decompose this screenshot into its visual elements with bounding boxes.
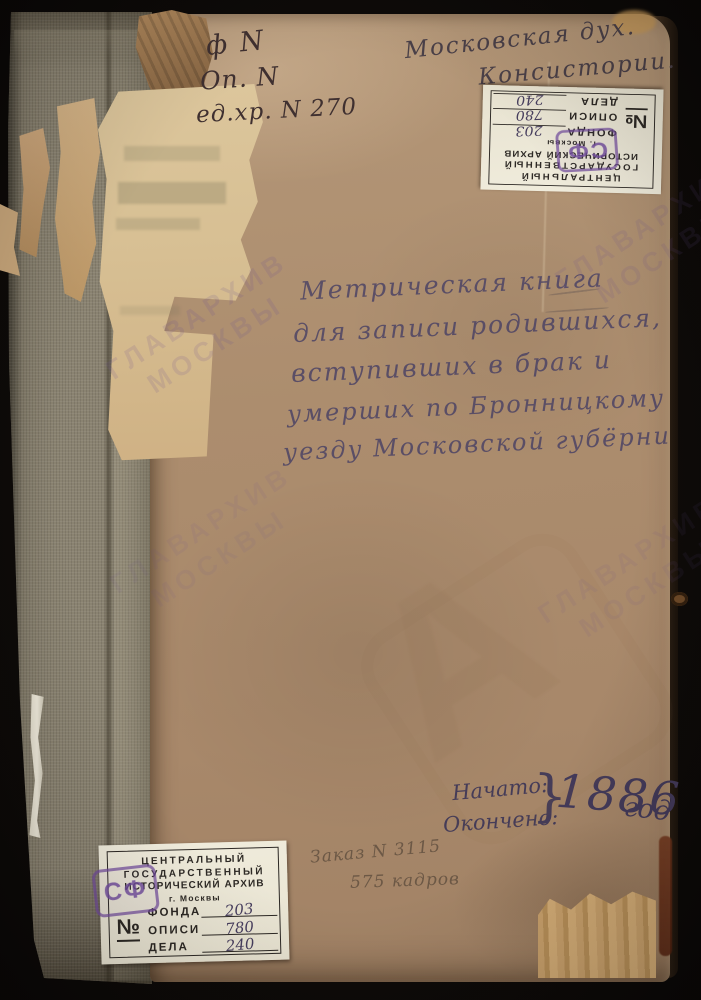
edge-wear-streak <box>659 836 672 956</box>
faded-print-line <box>116 218 200 230</box>
field-rows: ФОНДА 203 ОПИСИ 780 ДЕЛА 240 <box>147 899 278 954</box>
control-stamp-sf: СФ <box>555 127 619 172</box>
control-stamp-sf: СФ <box>91 863 160 918</box>
delo-field-value: 240 <box>493 91 567 110</box>
number-sign: № <box>116 915 140 942</box>
year-word: год <box>623 792 673 828</box>
faded-print-line <box>124 146 220 161</box>
frames-count-note: 575 кадров <box>350 869 461 893</box>
archive-stamp-label-bottom: ЦЕНТРАЛЬНЫЙ ГОСУДАРСТВЕННЫЙ ИСТОРИЧЕСКИЙ… <box>98 841 289 965</box>
opis-field-label: ОПИСИ <box>567 110 617 122</box>
book-cover-photo: ф N Оп. N ед.хр. N 270 Московская дух. К… <box>0 0 701 1000</box>
number-sign: № <box>625 108 648 131</box>
delo-field-label: ДЕЛА <box>148 941 189 954</box>
opis-field-label: ОПИСИ <box>148 923 200 936</box>
fond-note: ф N <box>205 25 267 62</box>
edge-hole <box>671 592 688 606</box>
faded-print-line <box>118 182 226 204</box>
opis-note: Оп. N <box>199 61 280 95</box>
delo-field-label: ДЕЛА <box>579 95 618 107</box>
fond-field-value-line: 203 <box>201 897 277 918</box>
archive-stamp-label-top: ЦЕНТРАЛЬНЫЙ ГОСУДАРСТВЕННЫЙ ИСТОРИЧЕСКИЙ… <box>480 85 663 194</box>
spine-fold-highlight <box>14 30 144 56</box>
